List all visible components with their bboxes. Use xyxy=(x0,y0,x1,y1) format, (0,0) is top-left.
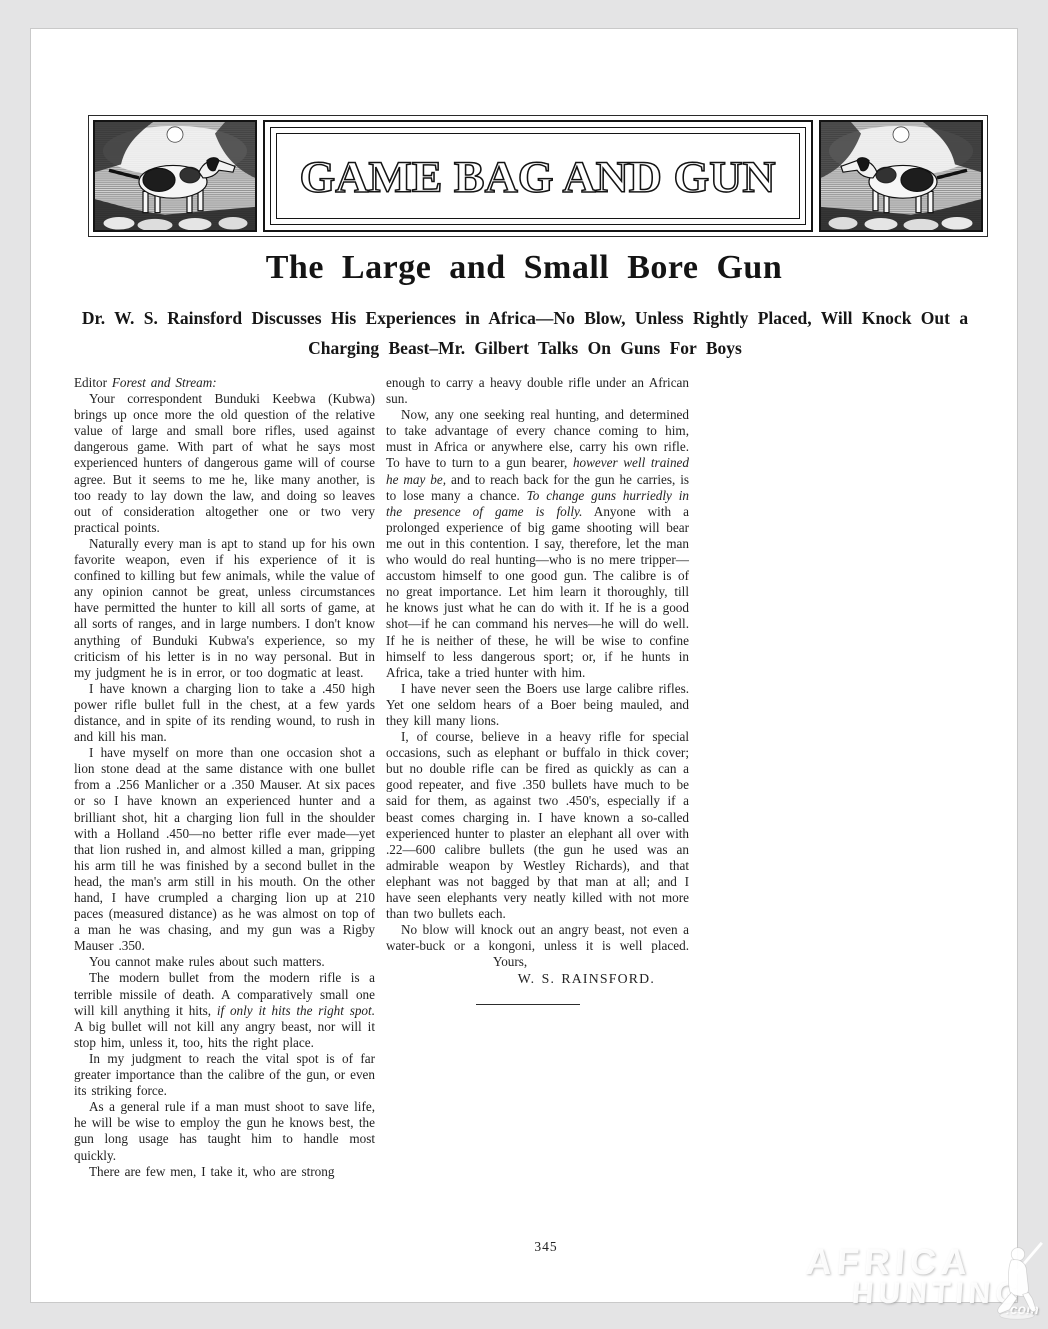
banner-title-frame: GAME BAG AND GUN xyxy=(263,120,813,232)
text-run: I have myself on more than one occasion … xyxy=(74,745,375,953)
page-number: 345 xyxy=(496,1239,596,1255)
dog-illustration-icon xyxy=(95,122,255,230)
hunting-dog-engraving-left xyxy=(93,120,257,232)
text-run: I have never seen the Boers use large ca… xyxy=(386,681,689,728)
paragraph: There are few men, I take it, who are st… xyxy=(74,1164,375,1180)
paragraph: No blow will knock out an angry beast, n… xyxy=(386,922,689,970)
text-run: enough to carry a heavy double rifle und… xyxy=(386,375,689,406)
watermark-com-suffix: .com xyxy=(1006,1301,1039,1317)
paragraph: I have known a charging lion to take a .… xyxy=(74,681,375,745)
text-run: Editor xyxy=(74,375,112,390)
section-banner: GAME BAG AND GUN xyxy=(88,115,988,237)
text-run: if only it hits the right spot. xyxy=(217,1003,375,1018)
text-run: As a general rule if a man must shoot to… xyxy=(74,1099,375,1162)
text-run: You cannot make rules about such matters… xyxy=(89,954,325,969)
paragraph: The modern bullet from the modern rifle … xyxy=(74,970,375,1050)
end-divider xyxy=(476,1004,580,1005)
article-column-left: Editor Forest and Stream:Your correspond… xyxy=(74,375,375,1180)
text-run: I, of course, believe in a heavy rifle f… xyxy=(386,729,689,921)
text-run: A big bullet will not kill any angry bea… xyxy=(74,1019,375,1050)
banner-title-art: GAME BAG AND GUN xyxy=(287,140,788,212)
magazine-page: GAME BAG AND GUN xyxy=(30,28,1018,1303)
article-subtitle: Dr. W. S. Rainsford Discusses His Experi… xyxy=(55,303,995,363)
text-run: Your correspondent Bunduki Keebwa (Kubwa… xyxy=(74,391,375,535)
paragraph: Naturally every man is apt to stand up f… xyxy=(74,536,375,681)
paragraph: You cannot make rules about such matters… xyxy=(74,954,375,970)
text-run: Forest and Stream: xyxy=(112,375,217,390)
text-run: No blow will knock out an angry beast, n… xyxy=(386,922,689,953)
paragraph: enough to carry a heavy double rifle und… xyxy=(386,375,689,407)
scanned-magazine-page: { "page": { "background_color": "#e4e4e5… xyxy=(0,0,1048,1329)
paragraph: Now, any one seeking real hunting, and d… xyxy=(386,407,689,681)
paragraph: Your correspondent Bunduki Keebwa (Kubwa… xyxy=(74,391,375,536)
paragraph: In my judgment to reach the vital spot i… xyxy=(74,1051,375,1099)
article-title: The Large and Small Bore Gun xyxy=(31,249,1017,287)
text-run: Yours, xyxy=(478,954,527,970)
paragraph: As a general rule if a man must shoot to… xyxy=(74,1099,375,1163)
paragraph: I, of course, believe in a heavy rifle f… xyxy=(386,729,689,922)
text-run: Anyone with a prolonged experience of bi… xyxy=(386,504,689,680)
paragraph: I have myself on more than one occasion … xyxy=(74,745,375,954)
paragraph: W. S. RAINSFORD. xyxy=(386,971,689,987)
text-run: Naturally every man is apt to stand up f… xyxy=(74,536,375,680)
banner-title: GAME BAG AND GUN xyxy=(300,151,776,201)
hunting-dog-engraving-right xyxy=(819,120,983,232)
text-run: W. S. RAINSFORD. xyxy=(518,971,655,986)
text-run: I have known a charging lion to take a .… xyxy=(74,681,375,744)
text-run: In my judgment to reach the vital spot i… xyxy=(74,1051,375,1098)
paragraph: I have never seen the Boers use large ca… xyxy=(386,681,689,729)
dog-illustration-mirrored-icon xyxy=(821,122,981,230)
paragraph: Editor Forest and Stream: xyxy=(74,375,375,391)
article-column-right: enough to carry a heavy double rifle und… xyxy=(386,375,689,1005)
text-run: There are few men, I take it, who are st… xyxy=(89,1164,334,1179)
